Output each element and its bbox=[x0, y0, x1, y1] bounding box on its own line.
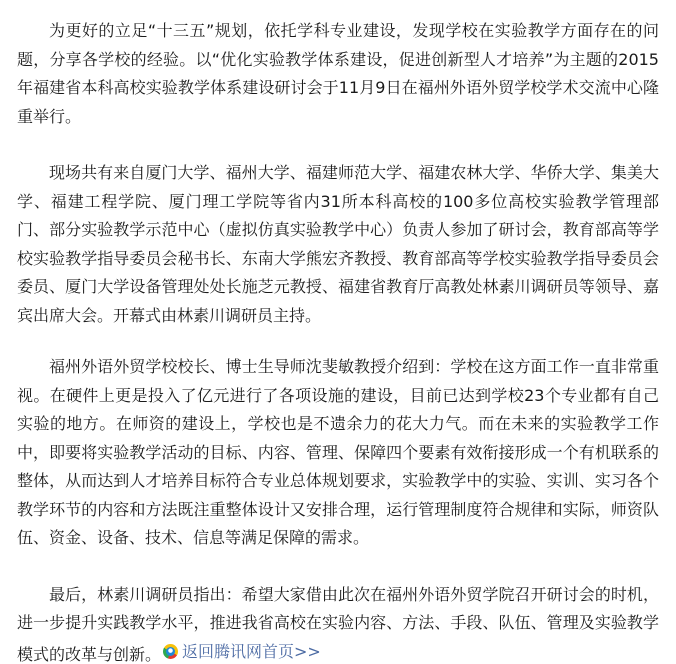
paragraph-intro: 为更好的立足“十三五”规划，依托学科专业建设，发现学校在实验教学方面存在的问题，… bbox=[17, 17, 659, 131]
return-home-label: 返回腾讯网首页>> bbox=[182, 638, 321, 664]
paragraph-principal-remarks: 福州外语外贸学校校长、博士生导师沈斐敏教授介绍到：学校在这方面工作一直非常重视。… bbox=[17, 353, 659, 553]
article-body: 为更好的立足“十三五”规划，依托学科专业建设，发现学校在实验教学方面存在的问题，… bbox=[17, 17, 659, 664]
tencent-logo-icon bbox=[163, 644, 178, 659]
paragraph-closing-text: 最后，林素川调研员指出：希望大家借由此次在福州外语外贸学院召开研讨会的时机，进一… bbox=[17, 585, 659, 664]
return-to-tencent-home-link[interactable]: 返回腾讯网首页>> bbox=[163, 638, 321, 664]
paragraph-closing: 最后，林素川调研员指出：希望大家借由此次在福州外语外贸学院召开研讨会的时机，进一… bbox=[17, 581, 659, 664]
paragraph-attendees: 现场共有来自厦门大学、福州大学、福建师范大学、福建农林大学、华侨大学、集美大学、… bbox=[17, 159, 659, 330]
